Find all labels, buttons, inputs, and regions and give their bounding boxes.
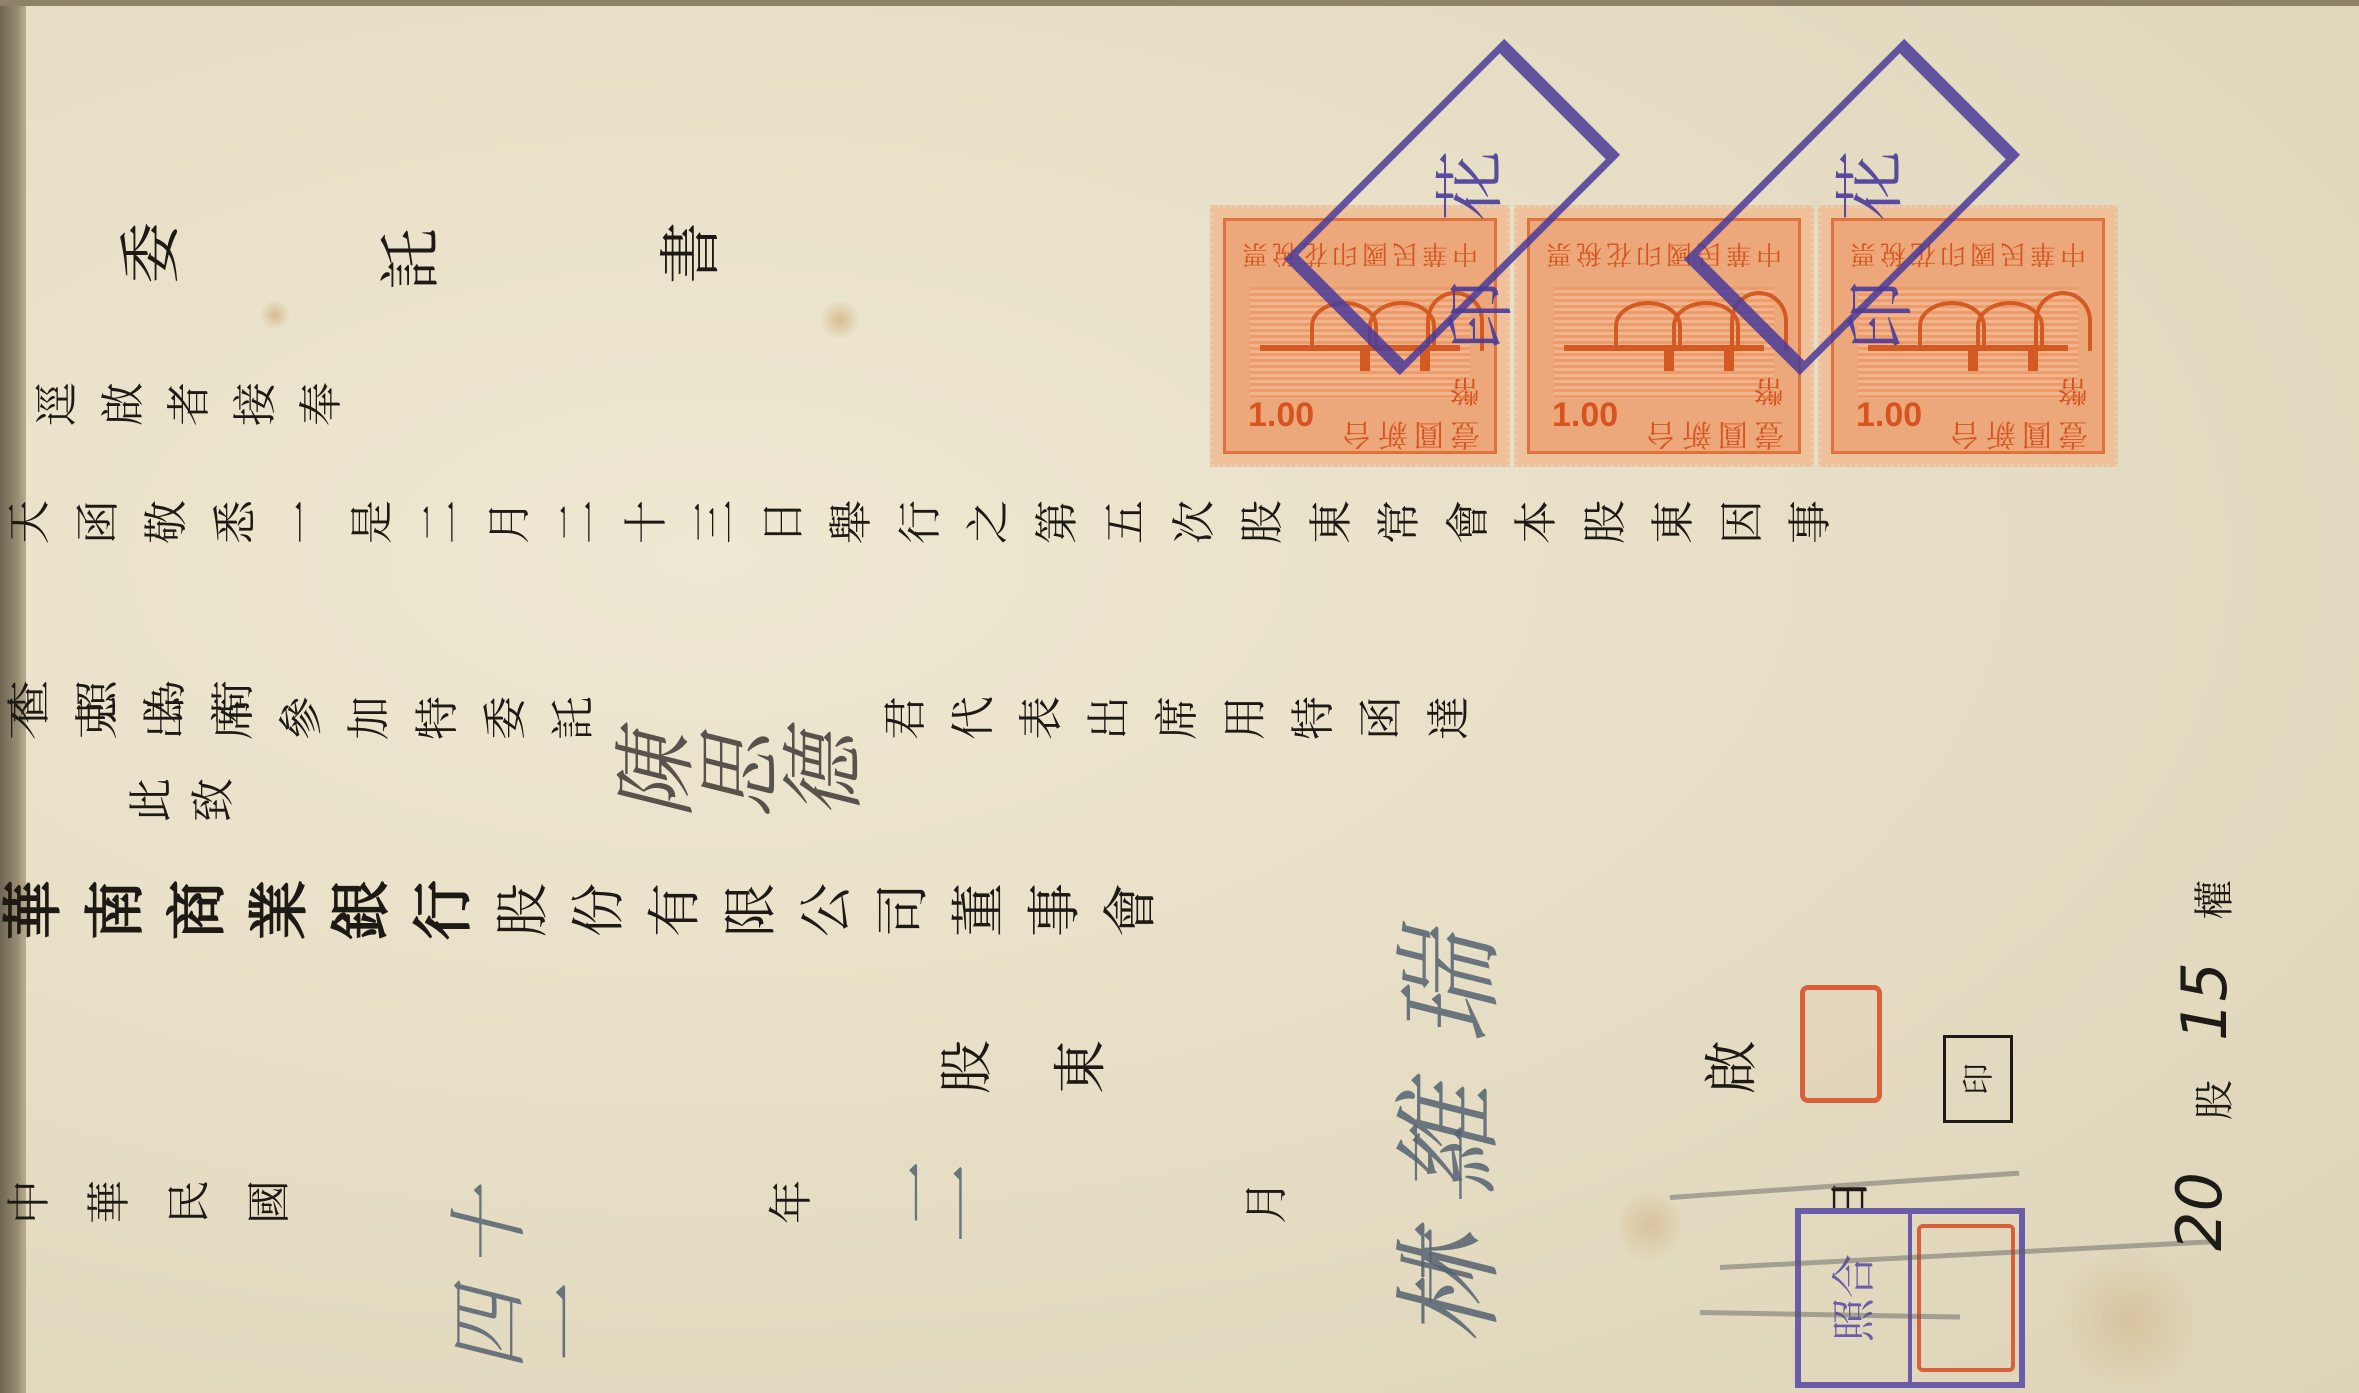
shares-value: 20 (2163, 1172, 2236, 1251)
bottom-seal-text-area: 合 照 (1801, 1214, 1912, 1382)
stamp-header-char: 票 (1242, 237, 1268, 274)
body-char: 函 (1360, 696, 1404, 740)
stamp-value: 1.00 (1240, 396, 1314, 435)
stain (1620, 1180, 1680, 1270)
stamp-value: 1.00 (1848, 396, 1922, 435)
body-char: 是 (351, 500, 395, 544)
date-year-label: 年 (770, 1180, 814, 1224)
rights-value: 15 (2168, 962, 2241, 1041)
cancel-mark-char: 印 (1825, 281, 1926, 351)
bridge-arch (2034, 291, 2092, 351)
body-char: 第 (1036, 500, 1080, 544)
body-char: 舉 (830, 500, 874, 544)
signer-red-seal (1800, 985, 1882, 1103)
body-char: 股 (1584, 500, 1628, 544)
date-char: 民 (168, 1180, 212, 1224)
date-month-label: 月 (1245, 1180, 1289, 1224)
body-char: 此 (130, 778, 174, 822)
stamp-header-char: 花 (1606, 237, 1632, 274)
body-char: 出 (1088, 696, 1132, 740)
signer-label-char: 股 (940, 1040, 994, 1094)
body-char: 常 (1378, 500, 1422, 544)
body-char: 君 (884, 696, 928, 740)
stamp-footer: 1.00 壹圓新台幣 (1240, 389, 1480, 441)
red-square-seal (1917, 1224, 2015, 1372)
body-char: 東 (1310, 500, 1354, 544)
cancel-mark-char: 花 (1815, 151, 1916, 221)
body-row-meeting: 天 函 敬 悉 一 是 二 月 二 十 三 日 舉 行 之 第 五 次 股 東 … (8, 500, 1833, 544)
body-char: 二 (419, 500, 463, 544)
cancel-mark-char: 花 (1415, 151, 1516, 221)
bridge-pier (1968, 349, 1978, 371)
stamp-header-char: 國 (1970, 237, 1996, 274)
bottom-seal-red-inner (1912, 1214, 2019, 1382)
stamp-header-char: 票 (1546, 237, 1572, 274)
seal-box: 印 (1943, 1035, 2013, 1123)
body-char: 本 (1515, 500, 1559, 544)
stamp-footer: 1.00 壹圓新台幣 (1544, 389, 1784, 441)
body-row-greeting: 逕 啟 者 接 奉 (36, 382, 344, 426)
body-char: 五 (1104, 500, 1148, 544)
body-char: 二 (556, 500, 600, 544)
date-char: 華 (88, 1180, 132, 1224)
body-char: 逕 (36, 382, 80, 426)
body-char: 委 (484, 696, 528, 740)
body-char: 會 (1447, 500, 1491, 544)
body-char: 月 (488, 500, 532, 544)
addressee-char: 會 (1104, 883, 1158, 937)
bridge-pier (1724, 349, 1734, 371)
body-char: 接 (234, 382, 278, 426)
body-char: 敬 (145, 500, 189, 544)
body-char: 悉 (214, 500, 258, 544)
body-char: 十 (625, 500, 669, 544)
bottom-purple-seal: 合 照 (1795, 1208, 2025, 1388)
body-char: 三 (693, 500, 737, 544)
date-day-handwritten: 十二 (1400, 1095, 1480, 1315)
stamp-denomination: 壹圓新台幣 (1922, 371, 2088, 459)
stamp-footer: 1.00 壹圓新台幣 (1848, 389, 2088, 441)
title-char: 委 (120, 222, 182, 284)
stain (260, 300, 290, 330)
body-char: 託 (552, 696, 596, 740)
body-char: 特 (416, 696, 460, 740)
body-char: 達 (1428, 696, 1472, 740)
body-char: 東 (1652, 500, 1696, 544)
date-char: 中 (8, 1180, 52, 1224)
cancel-mark-char: 印 (1425, 281, 1526, 351)
shares-label: 股 (2195, 1080, 2235, 1120)
stamp-header-char: 民 (2000, 237, 2026, 274)
addressee-char: 事 (1028, 883, 1082, 937)
body-char: 天 (8, 500, 52, 544)
addressee-char: 商 (168, 880, 228, 940)
body-char: 者 (168, 382, 212, 426)
bridge-pier (1664, 349, 1674, 371)
body-char: 日 (762, 500, 806, 544)
date-era: 中 華 民 國 (8, 1180, 292, 1224)
body-char: 表 (1020, 696, 1064, 740)
stamp-denomination: 壹圓新台幣 (1314, 371, 1480, 459)
bridge-pier (2028, 349, 2038, 371)
body-char: 參 (280, 696, 324, 740)
stamp-denomination: 壹圓新台幣 (1618, 371, 1784, 459)
body-char: 致 (192, 778, 236, 822)
title-char: 書 (660, 222, 722, 284)
body-row-closing: 查 照 為 荷 (8, 680, 256, 724)
body-char: 用 (1224, 696, 1268, 740)
addressee-char: 業 (250, 880, 310, 940)
body-char: 次 (1173, 500, 1217, 544)
addressee-char: 南 (86, 880, 146, 940)
stamp-header-char: 稅 (1576, 237, 1602, 274)
body-row-salutation: 此 致 (130, 778, 236, 822)
body-char: 股 (1241, 500, 1285, 544)
addressee-char: 限 (724, 883, 778, 937)
addressee-char: 司 (876, 883, 930, 937)
body-char: 照 (76, 680, 120, 724)
body-char: 啟 (102, 382, 146, 426)
date-month-handwritten: 二 (900, 1165, 980, 1245)
stamp-header-char: 華 (2030, 237, 2056, 274)
addressee-char: 股 (496, 883, 550, 937)
stamp-value: 1.00 (1544, 396, 1618, 435)
body-char: 函 (77, 500, 121, 544)
seal-box-label: 印 (1962, 1063, 1994, 1095)
body-char: 一 (282, 500, 326, 544)
addressee-char: 董 (952, 883, 1006, 937)
addressee-char: 行 (414, 880, 474, 940)
body-char: 查 (8, 680, 52, 724)
stain (2050, 1250, 2210, 1390)
stamp-header-char: 中 (2060, 237, 2086, 274)
bottom-seal-char: 照 (1833, 1298, 1877, 1342)
signer-closing-char: 啟 (1705, 1040, 1759, 1094)
date-year-handwritten: 四十一 (450, 1110, 610, 1370)
addressee-char: 銀 (332, 880, 392, 940)
body-char: 加 (348, 696, 392, 740)
addressee-bank-name: 華 南 商 業 銀 行 股 份 有 限 公 司 董 事 會 (4, 880, 1158, 940)
addressee-char: 華 (4, 880, 64, 940)
stamp-header-char: 印 (1940, 237, 1966, 274)
signer-label-char: 東 (1054, 1040, 1108, 1094)
stamp-header-char: 印 (1636, 237, 1662, 274)
addressee-char: 公 (800, 883, 854, 937)
stain (820, 300, 860, 340)
body-char: 代 (952, 696, 996, 740)
body-char: 事 (1789, 500, 1833, 544)
rights-label: 權 (2195, 880, 2235, 920)
body-char: 之 (967, 500, 1011, 544)
title-char: 託 (380, 228, 442, 290)
signer-row: 股 東 (940, 1040, 1108, 1094)
top-edge (0, 0, 2359, 6)
date-char: 國 (248, 1180, 292, 1224)
body-char: 荷 (212, 680, 256, 724)
body-char: 為 (144, 680, 188, 724)
body-char: 奉 (300, 382, 344, 426)
body-char: 席 (1156, 696, 1200, 740)
proxy-name-handwritten: 陳思德 (614, 618, 866, 818)
body-char: 特 (1292, 696, 1336, 740)
addressee-char: 有 (648, 883, 702, 937)
body-char: 因 (1721, 500, 1765, 544)
bridge-pier (1360, 349, 1370, 371)
body-char: 行 (899, 500, 943, 544)
addressee-char: 份 (572, 883, 626, 937)
